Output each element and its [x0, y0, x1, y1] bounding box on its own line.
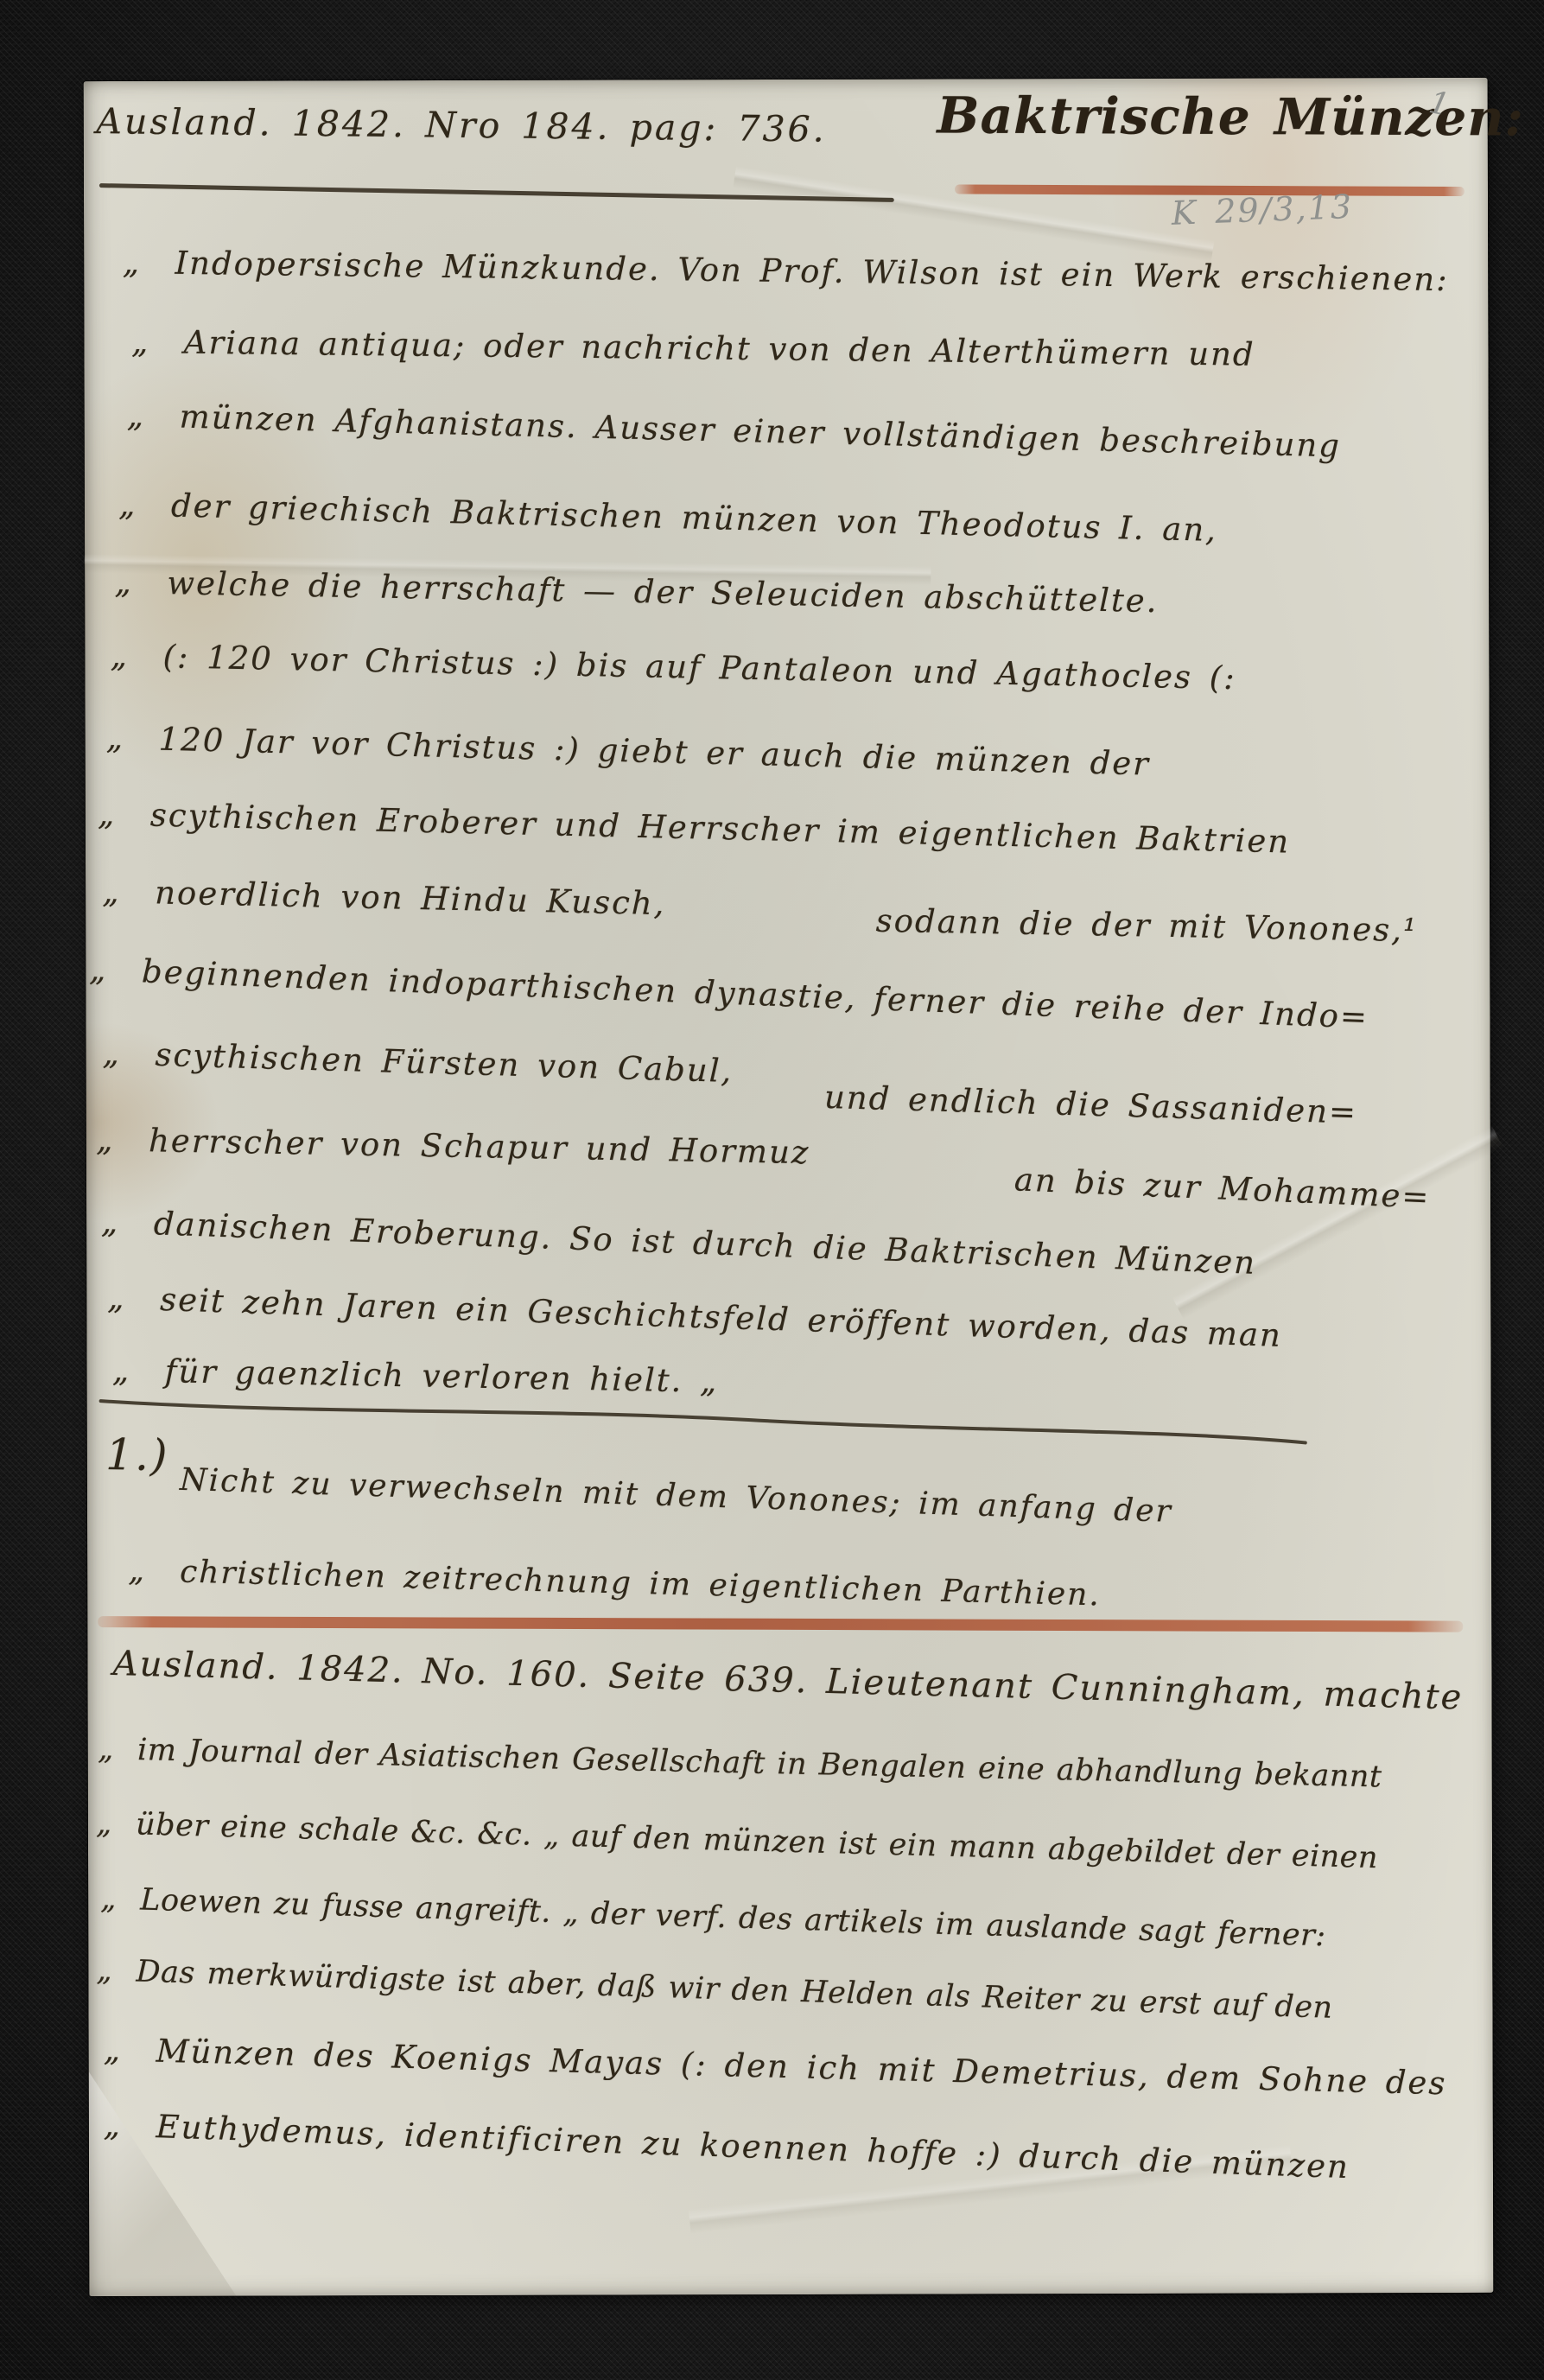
manuscript-line: „ danischen Eroberung. So ist durch die … — [101, 1203, 1257, 1282]
scan-background: Ausland. 1842. Nro 184. pag: 736. Baktri… — [0, 0, 1544, 2380]
manuscript-line: „ münzen Afghanistans. Ausser einer voll… — [127, 397, 1342, 465]
manuscript-line: „ der griechisch Baktrischen münzen von … — [118, 486, 1218, 549]
manuscript-line: und endlich die Sassaniden= — [823, 1079, 1357, 1131]
ink-separator-line — [94, 1385, 1321, 1458]
footnote-line: Nicht zu verwechseln mit dem Vonones; im… — [180, 1462, 1173, 1530]
manuscript-line: „ Münzen des Koenigs Mayas (: den ich mi… — [103, 2031, 1446, 2102]
source-reference: Ausland. 1842. Nro 184. pag: 736. — [96, 100, 827, 150]
manuscript-line: „ seit zehn Jaren ein Geschichtsfeld erö… — [107, 1279, 1283, 1354]
header-underline — [99, 183, 894, 202]
manuscript-line: „ 120 Jar vor Christus :) giebt er auch … — [105, 719, 1150, 783]
footnote-marker: 1.) — [105, 1429, 169, 1480]
manuscript-line: „ Loewen zu fusse angreift. „ der verf. … — [100, 1881, 1326, 1953]
manuscript-line: „ scythischen Fürsten von Cabul, — [102, 1034, 734, 1090]
manuscript-line: „ beginnenden indoparthischen dynastie, … — [89, 951, 1369, 1036]
manuscript-line: „ Das merkwürdigste ist aber, daß wir de… — [96, 1953, 1333, 2026]
manuscript-line: „ noerdlich von Hindu Kusch, — [102, 873, 666, 922]
manuscript-page: Ausland. 1842. Nro 184. pag: 736. Baktri… — [84, 78, 1494, 2296]
manuscript-line: „ über eine schale &c. &c. „ auf den mün… — [96, 1806, 1379, 1875]
manuscript-line: „ Euthydemus, identificiren zu koennen h… — [103, 2106, 1350, 2186]
manuscript-line: „ Indopersische Münzkunde. Von Prof. Wil… — [123, 244, 1449, 298]
footnote-line: „ christlichen zeitrechnung im eigentlic… — [128, 1553, 1101, 1613]
fold-corner — [89, 2071, 237, 2296]
manuscript-line: sodann die der mit Vonones,¹ — [875, 902, 1418, 949]
manuscript-line: „ (: 120 vor Christus :) bis auf Pantale… — [110, 637, 1236, 697]
paper-crease — [1158, 1100, 1515, 1340]
manuscript-line: „ Ariana antiqua; oder nachricht von den… — [131, 323, 1255, 373]
manuscript-line: an bis zur Mohamme= — [1013, 1161, 1431, 1216]
manuscript-line: „ herrscher von Schapur und Hormuz — [96, 1121, 810, 1171]
manuscript-line: Ausland. 1842. No. 160. Seite 639. Lieut… — [112, 1644, 1464, 1718]
manuscript-line: „ im Journal der Asiatischen Gesellschaf… — [98, 1732, 1382, 1794]
manuscript-line: „ scythischen Eroberer und Herrscher im … — [98, 795, 1291, 861]
section-divider-red — [98, 1616, 1463, 1632]
manuscript-line: „ welche die herrschaft — der Seleuciden… — [114, 563, 1159, 620]
archive-shelfmark-pencil: K 29/3,13 — [1171, 188, 1354, 232]
